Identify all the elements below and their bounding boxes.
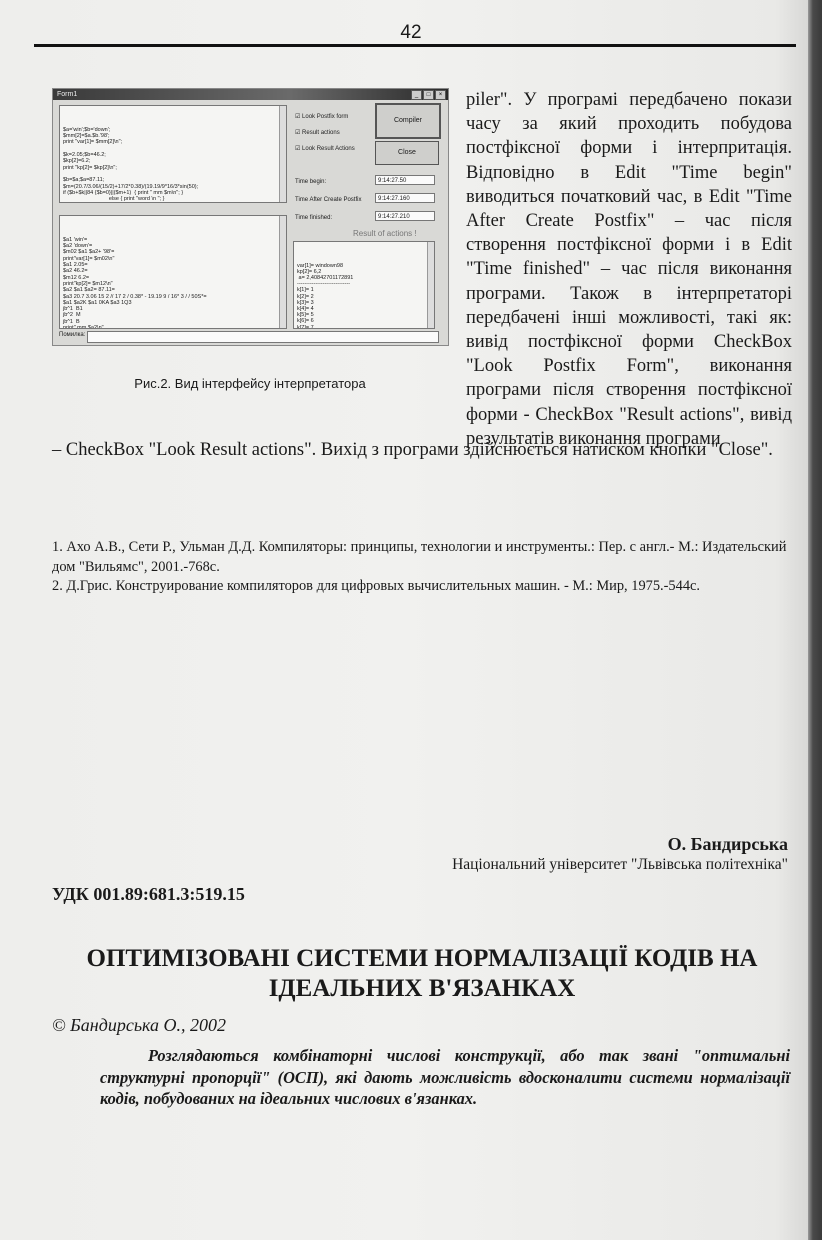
page-edge-shadow: [808, 0, 822, 1240]
look-result-actions-checkbox[interactable]: Look Result Actions: [295, 145, 355, 152]
reference-item: 2. Д.Грис. Конструирование компиляторов …: [52, 577, 792, 597]
copyright-line: © Бандирська О., 2002: [52, 1015, 226, 1036]
output-line: print" mm $a2\n": [63, 325, 283, 329]
code-line: print "---------------------------------…: [63, 202, 283, 203]
compile-button[interactable]: Compiler: [375, 103, 441, 139]
time-begin-field[interactable]: 9:14:27.50: [375, 175, 435, 185]
interpreter-screenshot-figure: Form1 _ □ × $a='win';$b='down';$mm[2]=$a…: [52, 88, 449, 346]
error-label: Помилка:: [59, 332, 85, 338]
output-scrollbar[interactable]: [279, 216, 286, 328]
time-begin-label: Time begin:: [295, 179, 326, 185]
time-after-postfix-label: Time After Create Postfix: [295, 197, 361, 203]
right-column-text: piler". У програмі передбачено покази ча…: [466, 88, 792, 451]
close-window-button[interactable]: ×: [435, 90, 446, 100]
window-title: Form1: [57, 91, 77, 98]
result-scrollbar[interactable]: [427, 242, 434, 328]
references: 1. Ахо А.В., Сети Р., Ульман Д.Д. Компил…: [52, 538, 792, 597]
close-button[interactable]: Close: [375, 141, 439, 165]
result-list[interactable]: var[1]= windown98kp[2]= 6,2 a= 2,4084270…: [293, 241, 435, 329]
time-finished-field[interactable]: 9:14:27.210: [375, 211, 435, 221]
look-postfix-form-checkbox[interactable]: Look Postfix form: [295, 113, 348, 120]
postfix-output-list[interactable]: $a1 'win'=$a2 'down'=$m02 $a1 $a2+ '98'=…: [59, 215, 287, 329]
time-after-postfix-field[interactable]: 9:14:27.160: [375, 193, 435, 203]
error-field[interactable]: [87, 331, 439, 343]
figure-caption: Рис.2. Вид інтерфейсу інтерпретатора: [54, 376, 446, 391]
minimize-button[interactable]: _: [411, 90, 422, 100]
source-code-editor[interactable]: $a='win';$b='down';$mm[2]=$a.$b.'98';pri…: [59, 105, 287, 203]
article-title: ОПТИМІЗОВАНІ СИСТЕМИ НОРМАЛІЗАЦІЇ КОДІВ …: [52, 944, 792, 1004]
maximize-button[interactable]: □: [423, 90, 434, 100]
udk-code: УДК 001.89:681.3:519.15: [52, 884, 245, 905]
reference-item: 1. Ахо А.В., Сети Р., Ульман Д.Д. Компил…: [52, 538, 792, 577]
author-affiliation: Національний університет "Львівська полі…: [452, 856, 788, 874]
header-rule-right: [490, 44, 796, 47]
result-line: k[7]= 7: [297, 325, 431, 329]
header-rule: [34, 44, 496, 47]
article-abstract: Розглядаються комбінаторні числові конст…: [100, 1045, 790, 1110]
article-author: О. Бандирська: [668, 834, 788, 855]
result-title: Result of actions !: [353, 229, 417, 238]
editor-scrollbar[interactable]: [279, 106, 286, 202]
time-finished-label: Time finished:: [295, 215, 332, 221]
window-titlebar: Form1 _ □ ×: [53, 89, 448, 100]
closing-paragraph: – CheckBox "Look Result actions". Вихід …: [52, 438, 792, 462]
result-actions-checkbox[interactable]: Result actions: [295, 129, 340, 136]
page-number: 42: [0, 22, 822, 44]
paragraph: piler". У програмі передбачено покази ча…: [466, 88, 792, 451]
